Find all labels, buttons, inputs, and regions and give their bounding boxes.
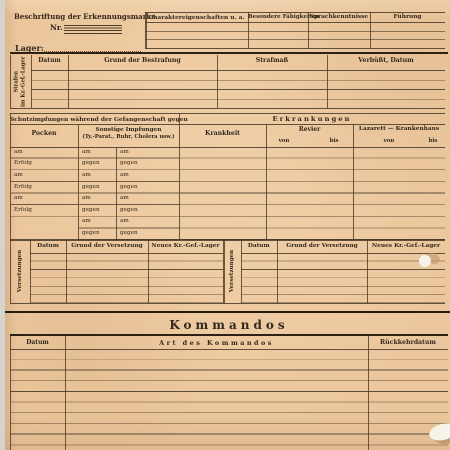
pow-record-form-scan: Beschriftung der Erkennungsmarke Nr. Lag… [0, 0, 450, 450]
strafen-header-grund: Grund der Bestrafung [68, 57, 217, 64]
pocken-row-label: am [14, 149, 23, 155]
kommandos-ruled-rows [10, 349, 448, 450]
rule [65, 336, 66, 450]
sonstige2-row-label: am [120, 149, 129, 155]
rule [10, 124, 445, 125]
rule [145, 22, 445, 23]
versetzungen-header-datum: Datum [241, 243, 278, 249]
kommandos-header-art: Art des Kommandos [65, 339, 368, 347]
pocken-row-label: am [14, 195, 23, 201]
rule [78, 124, 79, 240]
rule [10, 303, 445, 304]
rule [10, 108, 445, 110]
rule [223, 240, 225, 303]
erkrankungen-header-krankheit: Krankheit [179, 130, 266, 137]
rule [31, 99, 445, 100]
traits-header-sprachkenntnisse: Sprachkenntnisse [308, 14, 370, 20]
erkrankungen-lazarett-bis: bis [423, 138, 443, 144]
marke-box-title: Beschriftung der Erkennungsmarke [14, 12, 142, 21]
traits-header-charakter: Charaktereigenschaften u. a. [145, 14, 248, 21]
strafen-side-label-1: Strafen [14, 70, 20, 92]
section-divider [5, 311, 450, 313]
rule [10, 55, 11, 108]
lager-label: Lager: [15, 43, 44, 53]
rule [179, 113, 180, 240]
sonstige2-row-label: am [120, 195, 129, 201]
versetzungen-header-grund: Grund der Versetzung [66, 243, 148, 249]
erkrankungen-revier-bis: bis [324, 138, 344, 144]
rule [10, 334, 448, 336]
impfungen-title: Schutzimpfungen während der Gefangenscha… [10, 116, 179, 123]
impfungen-header-sonstige-2: (Ty.-Parat., Ruhr, Cholera usw.) [78, 134, 179, 140]
impfungen-header-sonstige-1: Sonstige Impfungen [78, 127, 179, 133]
erkrankungen-header-revier: Revier [266, 126, 353, 133]
erkrankungen-lazarett-von: von [379, 138, 399, 144]
impfungen-header-pocken: Pocken [10, 130, 78, 137]
sonstige1-row-label: am [82, 149, 91, 155]
rule [10, 113, 11, 240]
traits-header-fuehrung: Führung [370, 14, 445, 20]
rule [353, 124, 354, 240]
paper-sheet: Beschriftung der Erkennungsmarke Nr. Lag… [5, 0, 450, 450]
rule [145, 48, 445, 49]
rule [10, 336, 11, 450]
sonstige2-row-label: gegen [120, 230, 138, 236]
erkrankungen-revier-von: von [274, 138, 294, 144]
strafen-header-verbuesst: Verbüßt, Datum [327, 57, 445, 64]
punch-hole [419, 255, 431, 267]
strafen-side-label-2: im Kr.-Gef.-Lager [21, 56, 27, 106]
lager-write-line [44, 42, 141, 52]
rule [266, 124, 267, 240]
sonstige1-row-label: gegen [82, 207, 100, 213]
marke-nr-write-lines [64, 25, 122, 35]
erkrankungen-ruled-rows [180, 147, 445, 240]
erkrankungen-header-lazarett: Lazarett — Krankenhaus [353, 126, 445, 132]
sonstige1-row-label: am [82, 195, 91, 201]
kommandos-title: Kommandos [10, 318, 448, 332]
pocken-row-label: am [14, 172, 23, 178]
rule [10, 240, 11, 303]
rule [116, 147, 117, 240]
rule [145, 31, 445, 32]
sonstige1-row-label: am [82, 172, 91, 178]
versetzungen-ruled-rows [241, 253, 446, 303]
strafen-side-label: Strafen im Kr.-Gef.-Lager [10, 55, 31, 108]
pocken-row-label: Erfolg [14, 207, 32, 213]
traits-header-faehigkeiten: Besondere Fähigkeiten [248, 14, 308, 20]
rule [31, 70, 445, 71]
sonstige2-row-label: gegen [120, 207, 138, 213]
erkrankungen-title: Erkrankungen [179, 115, 445, 123]
rule [31, 89, 445, 90]
sonstige2-row-label: am [120, 172, 129, 178]
section-divider [10, 52, 448, 54]
versetzungen-ruled-rows [30, 253, 223, 303]
rule [31, 80, 445, 81]
marke-nr-label: Nr. [50, 23, 63, 32]
versetzungen-header-datum: Datum [30, 243, 66, 249]
kommandos-header-rueckkehrdatum: Rückkehrdatum [368, 339, 448, 346]
versetzungen-header-neues-lager: Neues Kr.-Gef.-Lager [367, 243, 445, 249]
strafen-header-strafmass: Strafmaß [217, 57, 327, 64]
versetzungen-side-label-right: Versetzungen [223, 240, 241, 303]
pocken-row-label: Erfolg [14, 160, 32, 166]
versetzungen-side-label-left: Versetzungen [10, 240, 30, 303]
sonstige1-row-label: gegen [82, 184, 100, 190]
pocken-row-label: Erfolg [14, 184, 32, 190]
versetzungen-header-grund: Grund der Versetzung [277, 243, 367, 249]
sonstige2-row-label: am [120, 218, 129, 224]
sonstige1-row-label: am [82, 218, 91, 224]
sonstige2-row-label: gegen [120, 184, 138, 190]
sonstige2-row-label: gegen [120, 160, 138, 166]
rule [145, 39, 445, 40]
sonstige1-row-label: gegen [82, 230, 100, 236]
rule [368, 336, 369, 450]
kommandos-header-datum: Datum [10, 339, 65, 346]
strafen-header-datum: Datum [31, 57, 68, 64]
sonstige1-row-label: gegen [82, 160, 100, 166]
versetzungen-header-neues-lager: Neues Kr.-Gef.-Lager [148, 243, 223, 249]
